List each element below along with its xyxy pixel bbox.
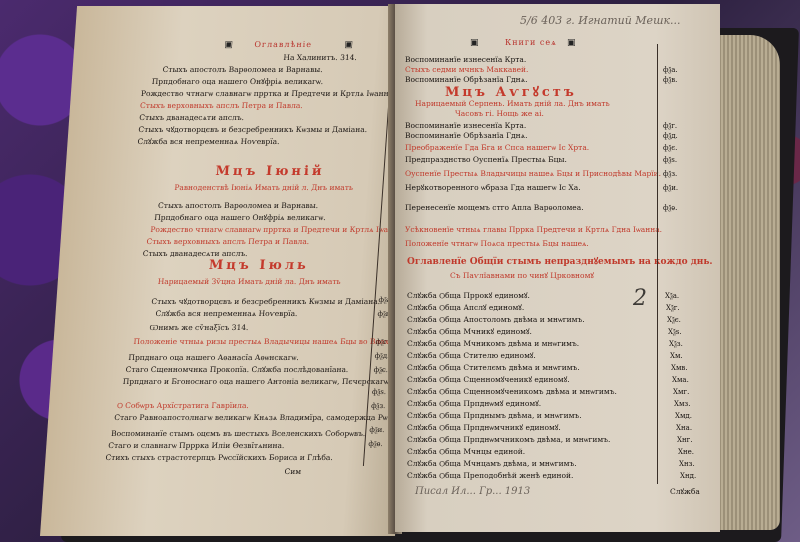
folio-number: фѯи. xyxy=(369,426,385,434)
page-block-edge xyxy=(715,35,780,530)
folio-number: Хмг. xyxy=(673,388,689,396)
month-header-june: Мцъ Іюній xyxy=(215,164,325,179)
entry: Стыхъ верховныхъ апслъ Петра и Павла. xyxy=(146,238,309,246)
folio-number: фѯѕ. xyxy=(663,156,677,164)
folio-number: Хне. xyxy=(678,448,694,456)
catchword: Слꙋжба xyxy=(670,488,700,496)
ornament-icon: ▣ xyxy=(470,38,479,48)
service-item: Слꙋжба Ѻбща Мчнцы единой. xyxy=(407,448,525,456)
folio-number: фѯи. xyxy=(663,184,678,192)
right-page: 5/6 403 г. Игнатий Мешк... ▣ Книги сеѧ ▣… xyxy=(395,4,720,532)
folio-number: фѯє. xyxy=(663,144,677,152)
folio-number: фѯд. xyxy=(663,132,678,140)
folio-number: Хѯа. xyxy=(665,292,679,300)
section-title: Оглавленїе Общїи стымъ непразднꙋемымъ на… xyxy=(407,258,713,267)
service-item: Слꙋжба Ѻбща Прпднѡмꙋ единомꙋ. xyxy=(407,400,541,408)
folio-number: фѯг. xyxy=(663,122,677,130)
service-item: Слꙋжба Ѻбща Мчникомъ двѣма и мнѡгимъ. xyxy=(407,340,579,348)
entry: Перенесенїе мощемъ стго Апла Варѳоломеа. xyxy=(405,204,584,212)
service-item: Слꙋжба Ѻбща Прпднымъ двѣма, и мнѡгимъ. xyxy=(407,412,582,420)
folio-number: Хѯѕ. xyxy=(668,328,682,336)
folio-number: Хнз. xyxy=(679,460,695,468)
month-header-august: Мцъ Аѵгꙋстъ xyxy=(445,82,577,100)
folio-number: Хма. xyxy=(672,376,689,384)
entry: Стаго Сщенномчнка Прокопїа. Слꙋжба послѣ… xyxy=(125,366,348,374)
running-head: Книги сеѧ xyxy=(505,38,557,47)
folio-number: фѯа. xyxy=(663,66,678,74)
folio-number: Хмв. xyxy=(671,364,688,372)
entry: Воспоминанїе стымъ ѻцємъ въ шестыхъ Всел… xyxy=(111,430,366,438)
service-item: Слꙋжба Ѻбща Прпднѡмчникꙋ единомꙋ. xyxy=(407,424,561,432)
entry: Слꙋжба вся непременнаѧ Ноѵеврїа. xyxy=(137,138,279,146)
margin-rule xyxy=(657,44,658,484)
service-item: Слꙋжба Ѻбща Мчнцамъ двѣма, и мнѡгимъ. xyxy=(407,460,577,468)
entry: Стыхъ апостолъ Варѳоломеа и Варнавы. xyxy=(158,202,319,210)
handwritten-inscription-bottom: Писал Ил... Гр... 1913 xyxy=(415,486,530,497)
entry: Оуспенїе Престыѧ Владычицы нашеѧ Бцы и П… xyxy=(405,170,661,178)
entry: Преображенїе Гда Бга и Спса нашегѡ Іс Хр… xyxy=(405,144,589,152)
ornament-icon: ▣ xyxy=(344,40,353,50)
entry: Воспоминанїе изнесенїа Крта. xyxy=(405,56,526,64)
entry: Стыхъ апостолъ Варѳоломеа и Варнавы. xyxy=(162,66,323,74)
entry: Прпдобнаго оца нашего Онꙋфріѧ великагѡ. xyxy=(154,214,326,222)
folio-number: Хнг. xyxy=(677,436,693,444)
ornament-icon: ▣ xyxy=(224,40,233,50)
service-item: Слꙋжба Ѻбща Пррокꙋ единомꙋ. xyxy=(407,292,530,300)
handwritten-number: 2 xyxy=(633,286,647,311)
entry: Прпдобнаго оца нашего Онꙋфріѧ великагѡ. xyxy=(152,78,324,86)
folio-number: фѯв. xyxy=(663,76,677,84)
service-item: Слꙋжба Ѻбща Апслꙋ единомꙋ. xyxy=(407,304,524,312)
entry: Рождество чтнагѡ славнагѡ прртка и Предт… xyxy=(141,90,396,98)
entry: Ѡнимъ же сѷнаξїсъ 314. xyxy=(149,324,248,332)
folio-number: фѯѳ. xyxy=(663,204,677,212)
entry: Стихъ стыхъ страстотєрпцъ Рѡссїйскихъ Бо… xyxy=(105,454,333,462)
entry: Слꙋжба вся непременнаѧ Ноѵеврїа. xyxy=(155,310,297,318)
folio-number: Хѯє. xyxy=(667,316,681,324)
left-page: ▣ Оглавлѣніе ▣ На Халинитъ. 314. Стыхъ а… xyxy=(40,6,432,536)
month-subhead: Нарицаемый Зѷцна Имать дній ла. Днъ имат… xyxy=(158,278,341,286)
entry: Рождество чтнагѡ славнагѡ прртка и Предт… xyxy=(150,226,405,234)
ornament-icon: ▣ xyxy=(567,38,576,48)
service-item: Слꙋжба Ѻбща Стителємъ двѣма и мнѡгимъ. xyxy=(407,364,580,372)
entry: Усѣкновенїе чтныѧ главы Пррка Предтечи и… xyxy=(405,226,662,234)
folio-number: Хм. xyxy=(670,352,683,360)
entry: Нерꙋкотворенного ѡбраза Гда нашегѡ Іс Ха… xyxy=(405,184,581,192)
entry: Стыхъ седми мчнкъ Маккавей. xyxy=(405,66,528,74)
entry: Ѻ Собѡръ Архїстратига Гаврїила. xyxy=(117,402,249,410)
entry: Воспоминанїе изнесенїа Крта. xyxy=(405,122,526,130)
folio-number: фѯз. xyxy=(371,402,386,410)
month-header-july: Мцъ Іюль xyxy=(208,258,309,273)
service-item: Слꙋжба Ѻбща Сщенномꙋченикꙋ единомꙋ. xyxy=(407,376,570,384)
folio-number: фѯз. xyxy=(663,170,677,178)
service-item: Слꙋжба Ѻбща Прпднѡмчникомъ двѣма, и мнѡг… xyxy=(407,436,610,444)
entry: Предпразднство Оуспенїѧ Престыѧ Бцы. xyxy=(405,156,567,164)
entry: Стаго и славнагѡ Прррка Иліи Ѳезвїтѧнина… xyxy=(108,442,285,450)
catchword: Сим xyxy=(284,468,301,476)
folio-number: Хнд. xyxy=(680,472,696,480)
top-right-note: На Халинитъ. 314. xyxy=(283,54,357,62)
entry: Стаго Равноапостолнагѡ великагѡ Кнѧзѧ Вл… xyxy=(114,414,406,422)
handwritten-inscription-top: 5/6 403 г. Игнатий Мешк... xyxy=(520,14,681,27)
section-subtitle: Съ Паѵлїавнами по чинꙋ Црковномꙋ xyxy=(450,272,594,280)
folio-number: Хмд. xyxy=(675,412,692,420)
month-subhead: Нарицаемый Серпень. Имать дній ла. Днъ и… xyxy=(415,100,610,108)
folio-number: фѯѳ. xyxy=(368,440,383,448)
folio-number: фѯѕ. xyxy=(372,388,387,396)
service-item: Слꙋжба Ѻбща Преподобнѣй женѣ единой. xyxy=(407,472,573,480)
service-item: Слꙋжба Ѻбща Мчникꙋ единомꙋ. xyxy=(407,328,532,336)
service-item: Слꙋжба Ѻбща Сщенномꙋченикомъ двѣма и мнѡ… xyxy=(407,388,617,396)
entry: Прпднаго оца нашего Аѳанасїа Аѳѡнскагѡ. xyxy=(128,354,299,362)
folio-number: Хѯг. xyxy=(666,304,680,312)
entry: Прпднаго и Бгоноснаго оца нашего Антоніа… xyxy=(123,378,433,386)
month-subhead: Часовъ гі. Нощь же аі. xyxy=(455,110,544,118)
service-item: Слꙋжба Ѻбща Апостоломъ двѣма и мнѡгимъ. xyxy=(407,316,585,324)
month-subhead: Равноденствѣ Іюніѧ Имать дній л. Днъ има… xyxy=(174,184,353,192)
entry: Стыхъ верховныхъ апслъ Петра и Павла. xyxy=(140,102,303,110)
entry: Стыхъ чꙋдотворцєвъ и безсребренникъ Кѡзм… xyxy=(138,126,367,134)
entry: Стыхъ дванадесѧти апслъ. xyxy=(139,114,244,122)
folio-number: Хѯз. xyxy=(669,340,683,348)
folio-number: Хна. xyxy=(676,424,692,432)
service-item: Слꙋжба Ѻбща Стителю единомꙋ. xyxy=(407,352,536,360)
folio-number: Хмз. xyxy=(674,400,690,408)
running-head: Оглавлѣніе xyxy=(254,40,312,49)
folio-number: фѯє. xyxy=(373,366,388,374)
entry: Положенїе чтнагѡ Поѧса престыѧ Бцы нашеѧ… xyxy=(405,240,589,248)
entry: Стыхъ чꙋдотворцєвъ и безсребренникъ Кѡзм… xyxy=(151,298,380,306)
entry: Стыхъ дванадесѧти апслъ. xyxy=(142,250,247,258)
entry: Воспоминанїе Обрѣзанїа Гднѧ. xyxy=(405,132,527,140)
